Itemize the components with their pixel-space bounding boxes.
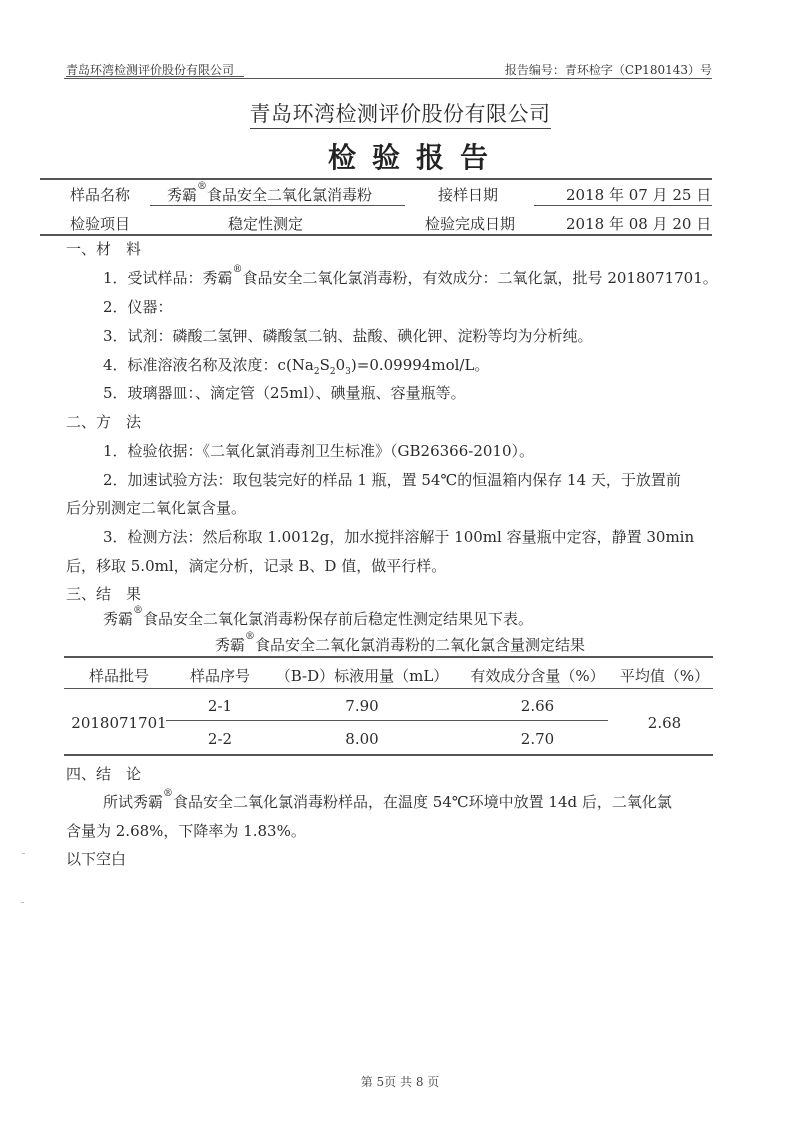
materials-item-1: 1．受试样品：秀霸®食品安全二氧化氯消毒粉，有效成分：二氧化氯，批号 20180… [103,267,718,288]
report-title: 检验报告 [0,136,800,176]
info-bottom-rule [40,234,712,236]
running-header-rule [64,78,712,79]
scan-mark [21,902,24,903]
table-header-content: 有效成分含量（%） [455,665,620,686]
materials-item-3: 3．试剂：磷酸二氢钾、磷酸氢二钠、盐酸、碘化钾、淀粉等均为分析纯。 [103,325,593,346]
methods-item-1: 1．检验依据：《二氧化氯消毒剂卫生标准》（GB26366-2010）。 [103,440,534,461]
table-cell-batch: 2018071701 [64,714,174,732]
receive-date-underline [534,205,712,206]
table-row-divider [166,720,608,721]
table-cell-content-2: 2.70 [455,730,620,748]
table-cell-volume-1: 7.90 [262,697,462,715]
table-cell-seq-2: 2-2 [170,730,270,748]
results-intro: 秀霸®食品安全二氧化氯消毒粉保存前后稳定性测定结果见下表。 [103,608,533,629]
info-top-rule [40,178,712,180]
section-methods-heading: 二、方 法 [66,411,141,432]
receive-date-label: 接样日期 [438,184,498,205]
methods-item-3-line-2: 后，移取 5.0ml，滴定分析，记录 B、D 值，做平行样。 [66,555,446,576]
table-cell-volume-2: 8.00 [262,730,462,748]
sample-name-value: 秀霸®食品安全二氧化氯消毒粉 [167,184,372,205]
section-materials-heading: 一、材 料 [66,238,141,259]
table-header-batch: 样品批号 [64,665,174,686]
conclusion-line-2: 含量为 2.68%，下降率为 1.83%。 [66,820,306,841]
sample-name-underline [150,205,405,206]
materials-item-5: 5．玻璃器皿：、滴定管（25ml）、碘量瓶、容量瓶等。 [103,382,466,403]
receive-date-value: 2018 年 07 月 25 日 [566,184,711,205]
table-cell-content-1: 2.66 [455,697,620,715]
methods-item-3-line-1: 3．检测方法：然后称取 1.0012g，加水搅拌溶解于 100ml 容量瓶中定容… [103,526,694,547]
table-header-average: 平均值（%） [612,665,717,686]
finish-date-value: 2018 年 08 月 20 日 [566,213,711,234]
blank-below-note: 以下空白 [66,848,126,869]
table-header-rule [64,688,713,689]
running-header-report-number: 报告编号：青环检字（CP180143）号 [505,61,712,78]
scan-mark [22,853,25,854]
table-header-seq: 样品序号 [170,665,270,686]
section-results-heading: 三、结 果 [66,583,141,604]
methods-item-2-line-1: 2．加速试验方法：取包装完好的样品 1 瓶，置 54℃的恒温箱内保存 14 天，… [103,469,681,490]
table-top-rule [64,656,713,658]
test-item-label: 检验项目 [70,213,130,234]
materials-item-2: 2．仪器： [103,296,173,317]
section-conclusion-heading: 四、结 论 [66,763,141,784]
table-cell-average: 2.68 [612,714,717,732]
table-header-volume: （B-D）标液用量（mL） [262,665,462,686]
test-item-value: 稳定性测定 [228,213,303,234]
conclusion-line-1: 所试秀霸®食品安全二氧化氯消毒粉样品，在温度 54℃环境中放置 14d 后，二氧… [103,791,672,812]
running-header-underline [66,76,244,77]
finish-date-label: 检验完成日期 [425,213,515,234]
table-caption: 秀霸®食品安全二氧化氯消毒粉的二氧化氯含量测定结果 [0,634,800,655]
sample-name-label: 样品名称 [70,184,130,205]
methods-item-2-line-2: 后分别测定二氧化氯含量。 [66,497,246,518]
table-bottom-rule [64,754,713,756]
table-cell-seq-1: 2-1 [170,697,270,715]
materials-item-4: 4．标准溶液名称及浓度：c(Na2S203)=0.09994mol/L。 [103,354,489,377]
company-title: 青岛环湾检测评价股份有限公司 [0,98,800,128]
page-footer: 第 5页 共 8 页 [0,1073,800,1090]
